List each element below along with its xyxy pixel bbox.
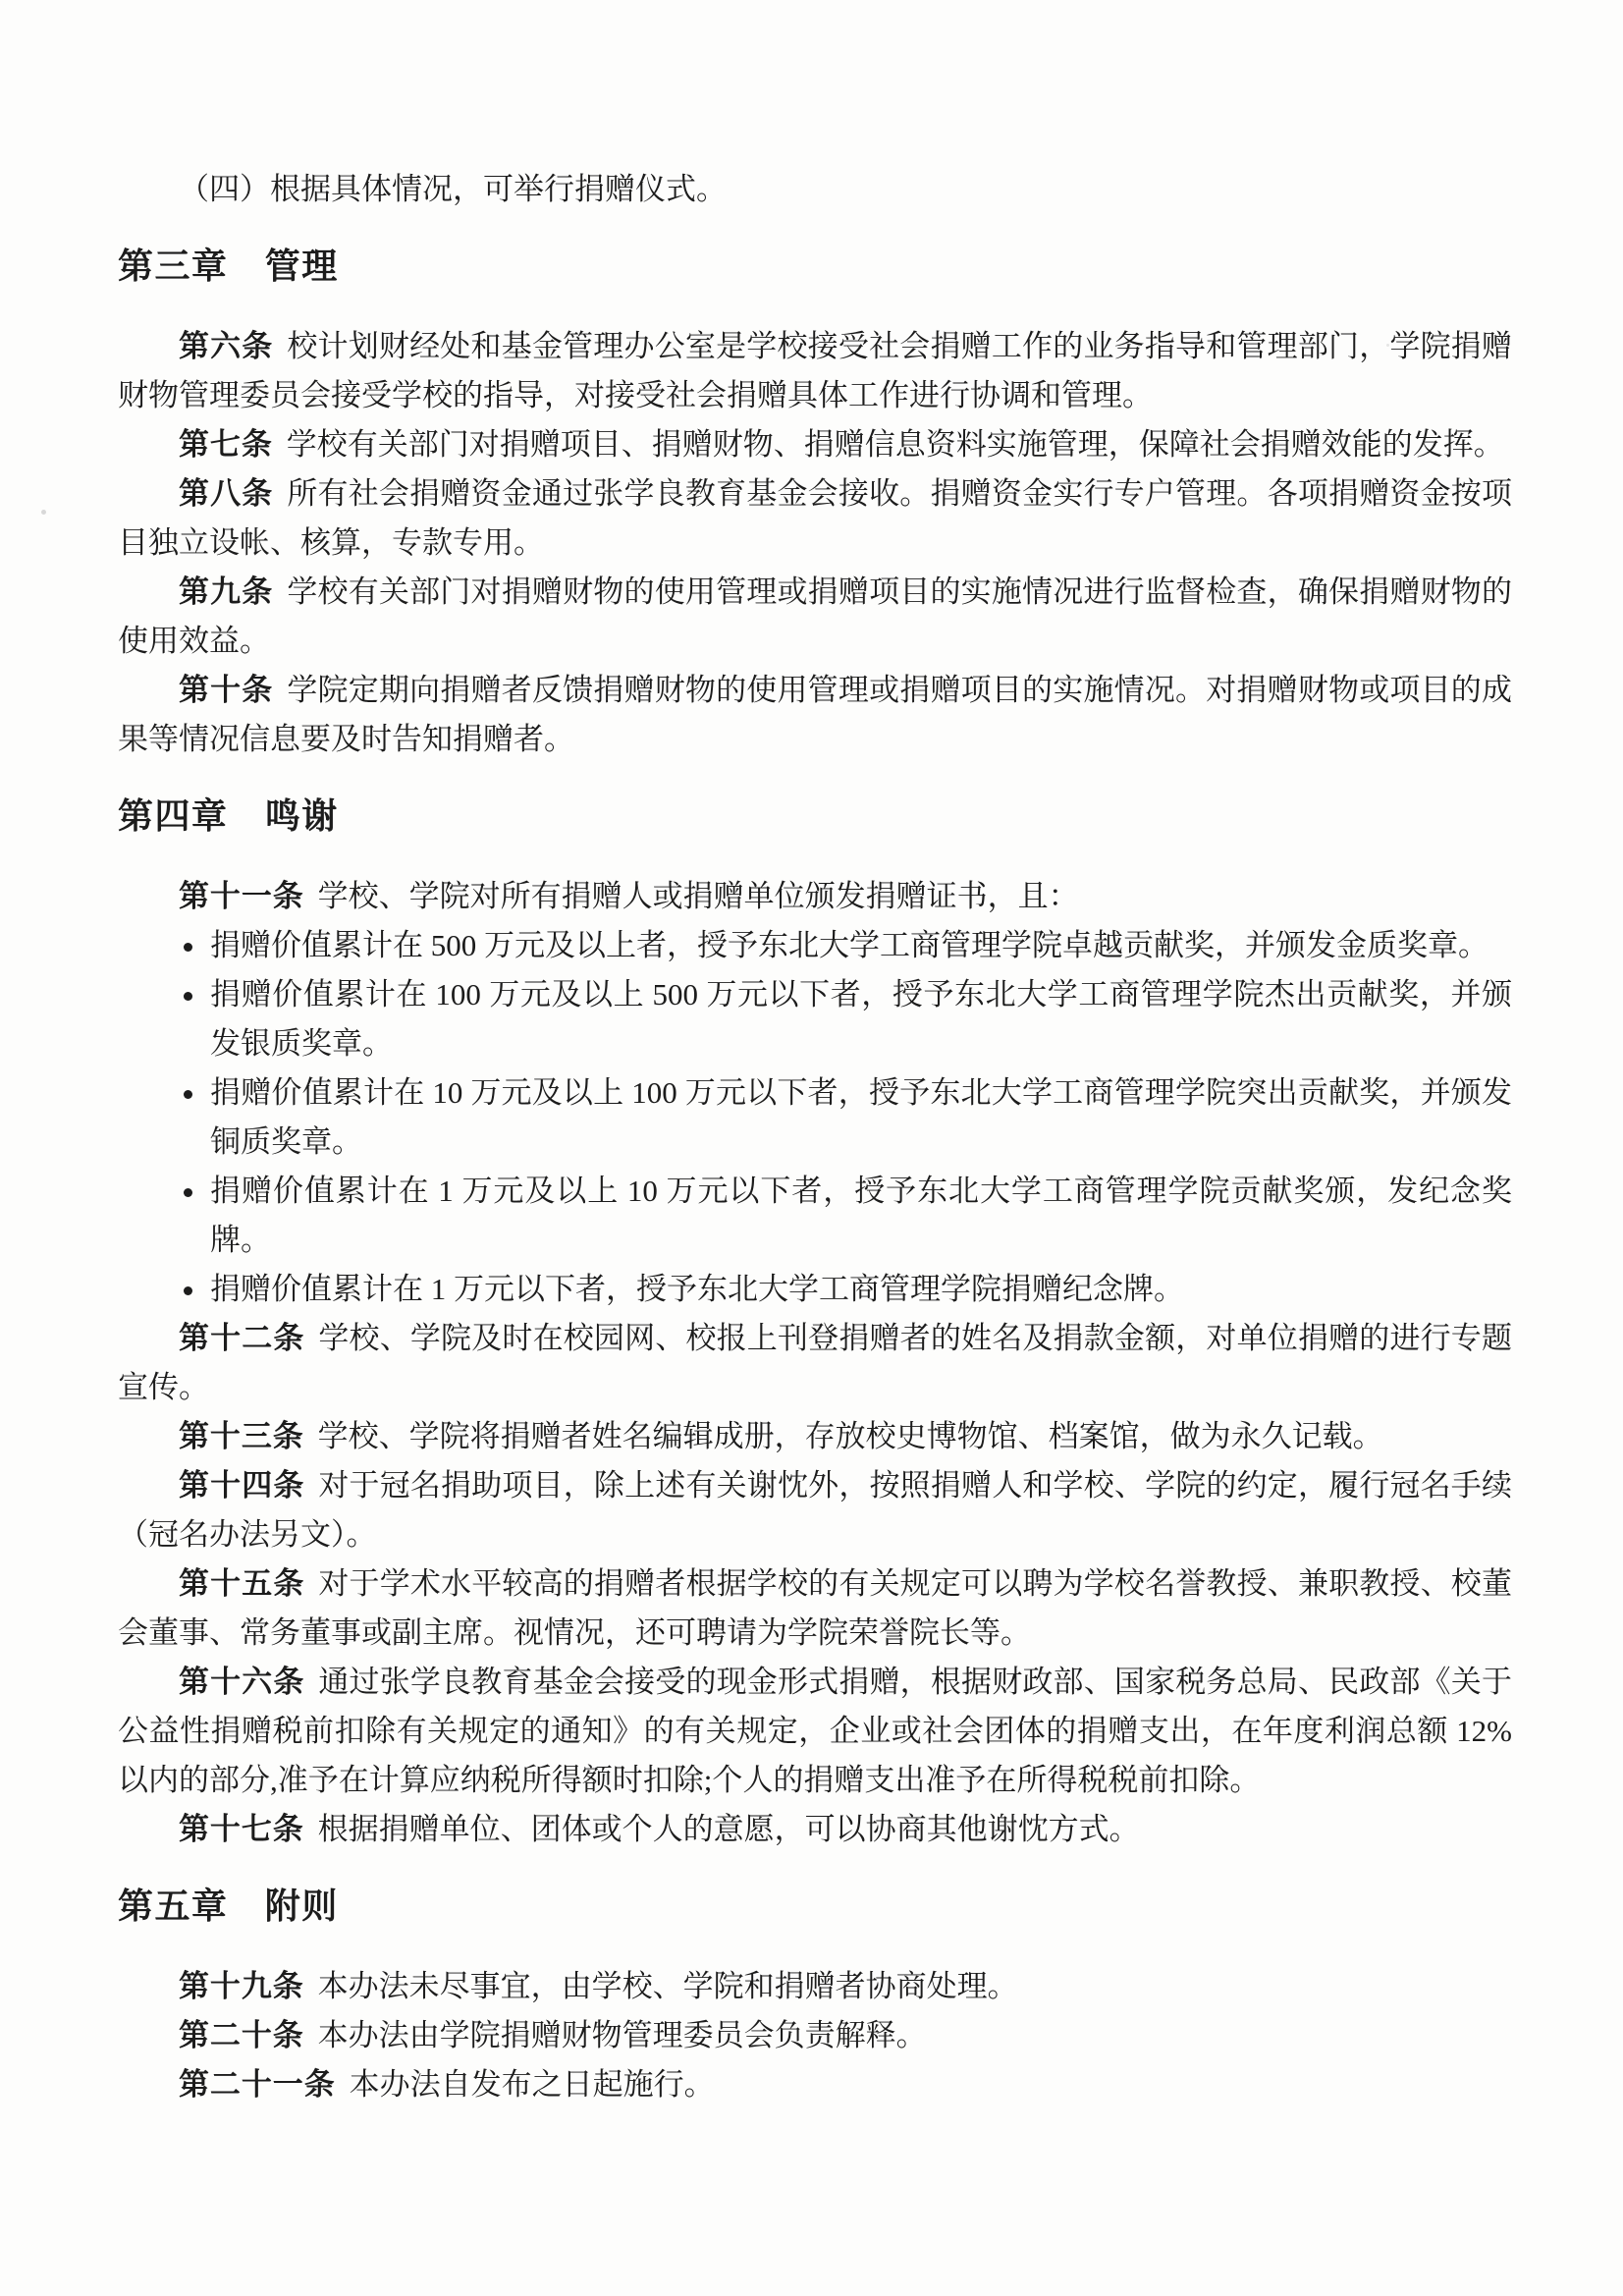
article-14-text: 对于冠名捐助项目，除上述有关谢忱外，按照捐赠人和学校、学院的约定，履行冠名手续（… — [118, 1468, 1512, 1552]
article-6-label: 第六条 — [179, 329, 273, 363]
scanned-document-page: （四）根据具体情况，可举行捐赠仪式。 第三章 管理 第六条校计划财经处和基金管理… — [0, 0, 1623, 2296]
intro-clause-paragraph: （四）根据具体情况，可举行捐赠仪式。 — [118, 165, 1512, 214]
article-15-paragraph: 第十五条对于学术水平较高的捐赠者根据学校的有关规定可以聘为学校名誉教授、兼职教授… — [118, 1559, 1512, 1658]
scan-speck — [1386, 344, 1389, 347]
article-12-label: 第十二条 — [179, 1321, 304, 1355]
article-8-label: 第八条 — [179, 476, 273, 511]
award-tier-list: 捐赠价值累计在 500 万元及以上者，授予东北大学工商管理学院卓越贡献奖，并颁发… — [175, 921, 1512, 1314]
article-20-paragraph: 第二十条本办法由学院捐赠财物管理委员会负责解释。 — [118, 2011, 1512, 2060]
article-7-paragraph: 第七条学校有关部门对捐赠项目、捐赠财物、捐赠信息资料实施管理，保障社会捐赠效能的… — [118, 420, 1512, 469]
chapter-4-heading: 第四章 鸣谢 — [118, 790, 1512, 843]
article-7-text: 学校有关部门对捐赠项目、捐赠财物、捐赠信息资料实施管理，保障社会捐赠效能的发挥。 — [287, 427, 1504, 462]
article-8-text: 所有社会捐赠资金通过张学良教育基金会接收。捐赠资金实行专户管理。各项捐赠资金按项… — [118, 476, 1512, 560]
article-20-text: 本办法由学院捐赠财物管理委员会负责解释。 — [318, 2018, 927, 2052]
award-tier-text: 捐赠价值累计在 500 万元及以上者，授予东北大学工商管理学院卓越贡献奖，并颁发… — [210, 928, 1488, 962]
article-19-paragraph: 第十九条本办法未尽事宜，由学校、学院和捐赠者协商处理。 — [118, 1962, 1512, 2011]
article-19-label: 第十九条 — [179, 1969, 304, 2003]
chapter-5-heading-text: 第五章 附则 — [118, 1886, 339, 1926]
intro-clause-text: （四）根据具体情况，可举行捐赠仪式。 — [179, 172, 727, 206]
award-tier-text: 捐赠价值累计在 100 万元及以上 500 万元以下者，授予东北大学工商管理学院… — [210, 977, 1512, 1061]
article-10-text: 学院定期向捐赠者反馈捐赠财物的使用管理或捐赠项目的实施情况。对捐赠财物或项目的成… — [118, 673, 1512, 756]
article-21-text: 本办法自发布之日起施行。 — [350, 2067, 715, 2102]
award-tier-text: 捐赠价值累计在 10 万元及以上 100 万元以下者，授予东北大学工商管理学院突… — [210, 1075, 1512, 1159]
article-20-label: 第二十条 — [179, 2018, 304, 2052]
award-tier-item: 捐赠价值累计在 100 万元及以上 500 万元以下者，授予东北大学工商管理学院… — [208, 970, 1512, 1068]
article-15-text: 对于学术水平较高的捐赠者根据学校的有关规定可以聘为学校名誉教授、兼职教授、校董会… — [118, 1566, 1512, 1650]
award-tier-item: 捐赠价值累计在 1 万元及以上 10 万元以下者，授予东北大学工商管理学院贡献奖… — [208, 1167, 1512, 1265]
article-9-paragraph: 第九条学校有关部门对捐赠财物的使用管理或捐赠项目的实施情况进行监督检查，确保捐赠… — [118, 568, 1512, 666]
article-17-label: 第十七条 — [179, 1812, 304, 1846]
scan-speck — [41, 510, 46, 515]
article-6-paragraph: 第六条校计划财经处和基金管理办公室是学校接受社会捐赠工作的业务指导和管理部门，学… — [118, 322, 1512, 420]
article-17-paragraph: 第十七条根据捐赠单位、团体或个人的意愿，可以协商其他谢忱方式。 — [118, 1805, 1512, 1854]
article-9-text: 学校有关部门对捐赠财物的使用管理或捐赠项目的实施情况进行监督检查，确保捐赠财物的… — [118, 574, 1512, 658]
article-8-paragraph: 第八条所有社会捐赠资金通过张学良教育基金会接收。捐赠资金实行专户管理。各项捐赠资… — [118, 469, 1512, 568]
article-16-label: 第十六条 — [179, 1665, 304, 1699]
article-7-label: 第七条 — [179, 427, 273, 462]
article-11-paragraph: 第十一条学校、学院对所有捐赠人或捐赠单位颁发捐赠证书，且： — [118, 872, 1512, 921]
article-11-label: 第十一条 — [179, 879, 304, 913]
article-13-paragraph: 第十三条学校、学院将捐赠者姓名编辑成册，存放校史博物馆、档案馆，做为永久记载。 — [118, 1412, 1512, 1461]
article-14-paragraph: 第十四条对于冠名捐助项目，除上述有关谢忱外，按照捐赠人和学校、学院的约定，履行冠… — [118, 1461, 1512, 1559]
award-tier-text: 捐赠价值累计在 1 万元及以上 10 万元以下者，授予东北大学工商管理学院贡献奖… — [210, 1174, 1512, 1257]
article-15-label: 第十五条 — [179, 1566, 304, 1601]
article-11-text: 学校、学院对所有捐赠人或捐赠单位颁发捐赠证书，且： — [318, 879, 1079, 913]
chapter-3-heading: 第三章 管理 — [118, 240, 1512, 293]
article-12-paragraph: 第十二条学校、学院及时在校园网、校报上刊登捐赠者的姓名及捐款金额，对单位捐赠的进… — [118, 1314, 1512, 1412]
article-19-text: 本办法未尽事宜，由学校、学院和捐赠者协商处理。 — [318, 1969, 1018, 2003]
award-tier-item: 捐赠价值累计在 1 万元以下者，授予东北大学工商管理学院捐赠纪念牌。 — [208, 1265, 1512, 1314]
article-10-label: 第十条 — [179, 673, 273, 707]
article-21-label: 第二十一条 — [179, 2067, 336, 2102]
article-16-text: 通过张学良教育基金会接受的现金形式捐赠，根据财政部、国家税务总局、民政部《关于公… — [118, 1665, 1512, 1797]
article-6-text: 校计划财经处和基金管理办公室是学校接受社会捐赠工作的业务指导和管理部门，学院捐赠… — [118, 329, 1512, 412]
article-14-label: 第十四条 — [179, 1468, 304, 1503]
article-21-paragraph: 第二十一条本办法自发布之日起施行。 — [118, 2060, 1512, 2109]
article-13-text: 学校、学院将捐赠者姓名编辑成册，存放校史博物馆、档案馆，做为永久记载。 — [318, 1419, 1383, 1453]
award-tier-text: 捐赠价值累计在 1 万元以下者，授予东北大学工商管理学院捐赠纪念牌。 — [210, 1272, 1184, 1306]
article-12-text: 学校、学院及时在校园网、校报上刊登捐赠者的姓名及捐款金额，对单位捐赠的进行专题宣… — [118, 1321, 1512, 1404]
article-16-paragraph: 第十六条通过张学良教育基金会接受的现金形式捐赠，根据财政部、国家税务总局、民政部… — [118, 1658, 1512, 1805]
chapter-3-heading-text: 第三章 管理 — [118, 246, 339, 286]
article-13-label: 第十三条 — [179, 1419, 304, 1453]
article-10-paragraph: 第十条学院定期向捐赠者反馈捐赠财物的使用管理或捐赠项目的实施情况。对捐赠财物或项… — [118, 666, 1512, 764]
award-tier-item: 捐赠价值累计在 10 万元及以上 100 万元以下者，授予东北大学工商管理学院突… — [208, 1068, 1512, 1167]
chapter-5-heading: 第五章 附则 — [118, 1880, 1512, 1933]
chapter-4-heading-text: 第四章 鸣谢 — [118, 796, 339, 836]
award-tier-item: 捐赠价值累计在 500 万元及以上者，授予东北大学工商管理学院卓越贡献奖，并颁发… — [208, 921, 1512, 970]
article-17-text: 根据捐赠单位、团体或个人的意愿，可以协商其他谢忱方式。 — [318, 1812, 1140, 1846]
article-9-label: 第九条 — [179, 574, 273, 609]
